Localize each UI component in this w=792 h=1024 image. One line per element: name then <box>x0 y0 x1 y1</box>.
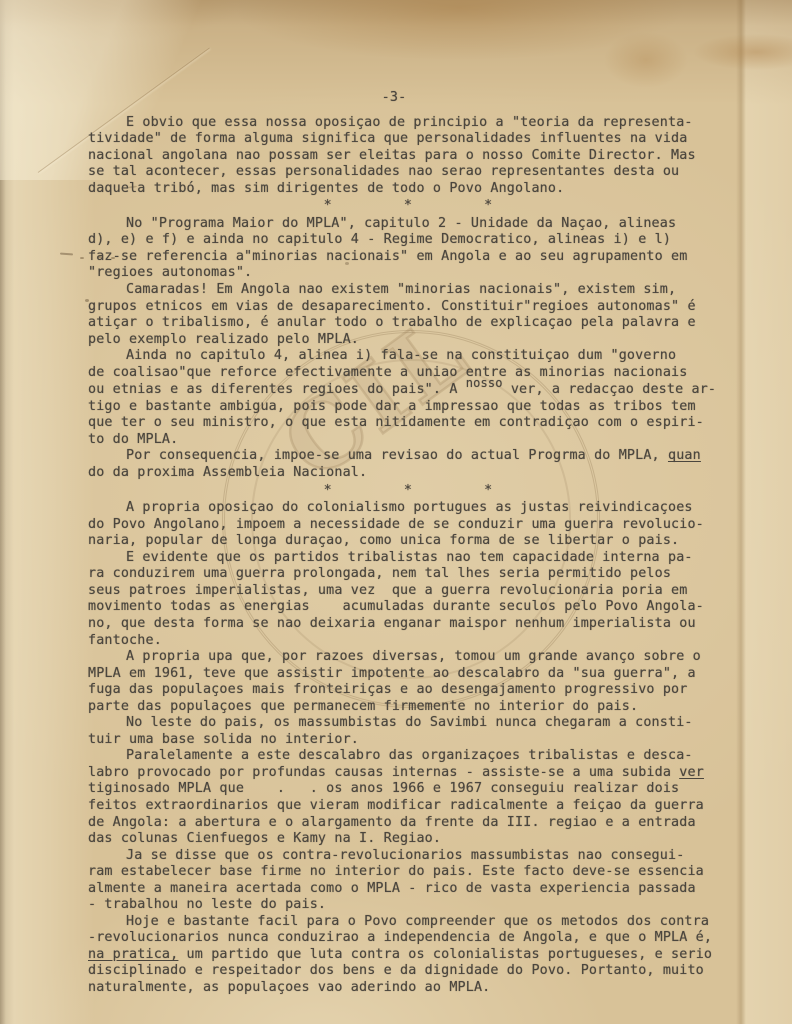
asterisk: * <box>324 198 332 215</box>
text-line: almente a maneira acertada como o MPLA -… <box>88 881 728 898</box>
text-line: No "Programa Maior do MPLA", capitulo 2 … <box>88 216 728 233</box>
text-line: Por consequencia, impoe-se uma revisao d… <box>88 448 728 465</box>
text-line: nacional angolana nao possam ser eleitas… <box>88 148 728 165</box>
text-line: tiginosado MPLA que . . os anos 1966 e 1… <box>88 781 728 798</box>
text-line: A propria upa que, por razoes diversas, … <box>88 649 728 666</box>
page-number: -3- <box>74 90 714 107</box>
asterisk: * <box>484 483 492 500</box>
text-segment: um partido que luta contra os colonialis… <box>178 947 712 962</box>
text-line: que ter o seu ministro, o que esta nitid… <box>88 415 728 432</box>
text-line: de coalisao"que reforce efectivamente a … <box>88 365 728 382</box>
text-line: d), e) e f) e ainda no capitulo 4 - Regi… <box>88 232 728 249</box>
text-line: ou etnias e as diferentes regioes do pai… <box>88 381 728 399</box>
text-line: E evidente que os partidos tribalistas n… <box>88 550 728 567</box>
text-line: E obvio que essa nossa oposiçao de princ… <box>88 115 728 132</box>
text-line: Hoje e bastante facil para o Povo compre… <box>88 914 728 931</box>
underlined-text: quan <box>668 448 701 463</box>
text-line: das colunas Cienfuegos e Kamy na I. Regi… <box>88 831 728 848</box>
text-segment: ver, a redacçao deste ar- <box>503 382 717 397</box>
text-line: tigo e bastante ambigua, pois pode dar a… <box>88 399 728 416</box>
section-separator: *** <box>88 483 728 500</box>
asterisk: * <box>404 483 412 500</box>
text-line: No leste do pais, os massumbistas do Sav… <box>88 715 728 732</box>
underlined-text: ver <box>679 765 704 780</box>
asterisk: * <box>404 198 412 215</box>
text-line: seus patroes imperialistas, uma vez que … <box>88 583 728 600</box>
text-line: disciplinado e respeitador dos bens e da… <box>88 963 728 980</box>
text-line: Ainda no capitulo 4, alinea i) fala-se n… <box>88 348 728 365</box>
text-line: labro provocado por profundas causas int… <box>88 765 728 782</box>
text-line: daquela tribó, mas sim dirigentes de tod… <box>88 181 728 198</box>
text-line: parte das populaçoes que permanecem firm… <box>88 699 728 716</box>
text-line: naria, popular de longa duraçao, como un… <box>88 533 728 550</box>
text-line: fantoche. <box>88 633 728 650</box>
text-line: do da proxima Assembleia Nacional. <box>88 465 728 482</box>
text-line: - trabalhou no leste do pais. <box>88 897 728 914</box>
typewritten-document: -3- E obvio que essa nossa oposiçao de p… <box>88 90 728 997</box>
text-line: to do MPLA. <box>88 432 728 449</box>
section-separator: *** <box>88 198 728 215</box>
text-line: A propria oposiçao do colonialismo portu… <box>88 500 728 517</box>
document-text: E obvio que essa nossa oposiçao de princ… <box>88 115 728 997</box>
text-line: de Angola: a abertura e o alargamento da… <box>88 815 728 832</box>
text-segment: ou etnias e as diferentes regioes do pai… <box>88 382 466 397</box>
text-line: se tal acontecer, essas personalidades n… <box>88 164 728 181</box>
text-line: tuir uma base solida no interior. <box>88 732 728 749</box>
underlined-text: na pratica, <box>88 947 178 962</box>
text-line: no, que desta forma se nao deixaria enga… <box>88 616 728 633</box>
text-line: feitos extraordinarios que vieram modifi… <box>88 798 728 815</box>
ink-smudge <box>80 257 84 259</box>
text-line: naturalmente, as populaçoes vao aderindo… <box>88 980 728 997</box>
text-line: pelo exemplo realizado pelo MPLA. <box>88 332 728 349</box>
text-line: ra conduzirem uma guerra prolongada, nem… <box>88 566 728 583</box>
text-line: tividade" de forma alguma significa que … <box>88 131 728 148</box>
text-line: Camaradas! Em Angola nao existem "minori… <box>88 282 728 299</box>
text-line: ram estabelecer base firme no interior d… <box>88 864 728 881</box>
text-line: fuga das populaçoes mais fronteiriças e … <box>88 682 728 699</box>
text-line: "regioes autonomas". <box>88 265 728 282</box>
text-line: na pratica, um partido que luta contra o… <box>88 947 728 964</box>
asterisk: * <box>484 198 492 215</box>
text-line: movimento todas as energias acumuladas d… <box>88 599 728 616</box>
text-segment: Por consequencia, impoe-se uma revisao d… <box>126 448 668 463</box>
text-line: MPLA em 1961, teve que assistir impotent… <box>88 666 728 683</box>
text-line: faz-se referencia a"minorias nacionais" … <box>88 249 728 266</box>
text-line: grupos etnicos em vias de desapareciment… <box>88 299 728 316</box>
text-line: -revolucionarios nunca conduzirao a inde… <box>88 930 728 947</box>
text-segment: labro provocado por profundas causas int… <box>88 765 679 780</box>
text-line: Paralelamente a este descalabro das orga… <box>88 748 728 765</box>
inserted-word: nosso <box>466 375 503 392</box>
text-line: atiçar o tribalismo, é anular todo o tra… <box>88 315 728 332</box>
asterisk: * <box>324 483 332 500</box>
text-line: Ja se disse que os contra-revolucionario… <box>88 848 728 865</box>
text-line: do Povo Angolano, impoem a necessidade d… <box>88 517 728 534</box>
